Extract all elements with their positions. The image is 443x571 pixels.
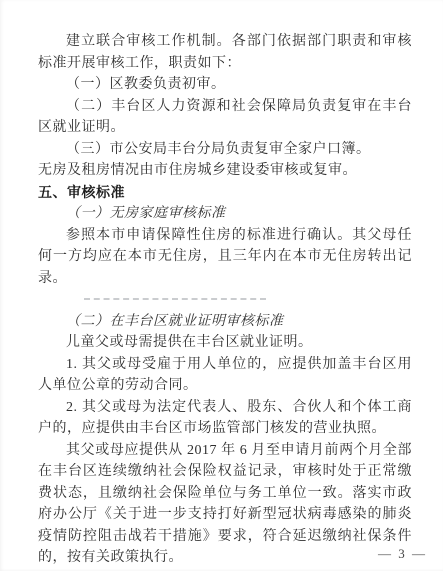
paragraph-intro: 建立联合审核工作机制。各部门依据部门职责和审核标准开展审核工作，职责如下： xyxy=(38,31,412,74)
document-body: 建立联合审核工作机制。各部门依据部门职责和审核标准开展审核工作，职责如下： （一… xyxy=(38,31,412,569)
section-5-heading: 五、审核标准 xyxy=(38,182,412,204)
paragraph-duty-3: （三）市公安局丰台分局负责复审全家户口簿。 xyxy=(38,139,412,161)
paragraph-subsection-1-body: 参照本市申请保障性住房的标准进行确认。其父母任何一方均应在本市无住房，且三年内在… xyxy=(38,225,412,290)
subsection-2-heading: （二）在丰台区就业证明审核标准 xyxy=(38,311,412,333)
paragraph-employment-item-1: 1. 其父或母受雇于用人单位的，应提供加盖丰台区用人单位公章的劳动合同。 xyxy=(38,354,412,397)
subsection-1-heading: （一）无房家庭审核标准 xyxy=(38,203,412,225)
scanned-document-page: 建立联合审核工作机制。各部门依据部门职责和审核标准开展审核工作，职责如下： （一… xyxy=(0,0,443,571)
page-number: — 3 — xyxy=(378,546,427,562)
paragraph-social-insurance: 其父或母应提供从 2017 年 6 月至申请月前两个月全部在丰台区连续缴纳社会保… xyxy=(38,440,412,569)
paragraph-subsection-2-intro: 儿童父或母需提供在丰台区就业证明。 xyxy=(38,332,412,354)
paragraph-duty-1: （一）区教委负责初审。 xyxy=(38,74,412,96)
paragraph-housing-note: 无房及租房情况由市住房城乡建设委审核或复审。 xyxy=(38,160,412,182)
paragraph-employment-item-2: 2. 其父或母为法定代表人、股东、合伙人和个体工商户的，应提供由丰台区市场监管部… xyxy=(38,397,412,440)
redaction-dashes xyxy=(84,298,266,300)
whited-out-line-artifact xyxy=(38,289,412,311)
paragraph-duty-2: （二）丰台区人力资源和社会保障局负责复审在丰台区就业证明。 xyxy=(38,96,412,139)
